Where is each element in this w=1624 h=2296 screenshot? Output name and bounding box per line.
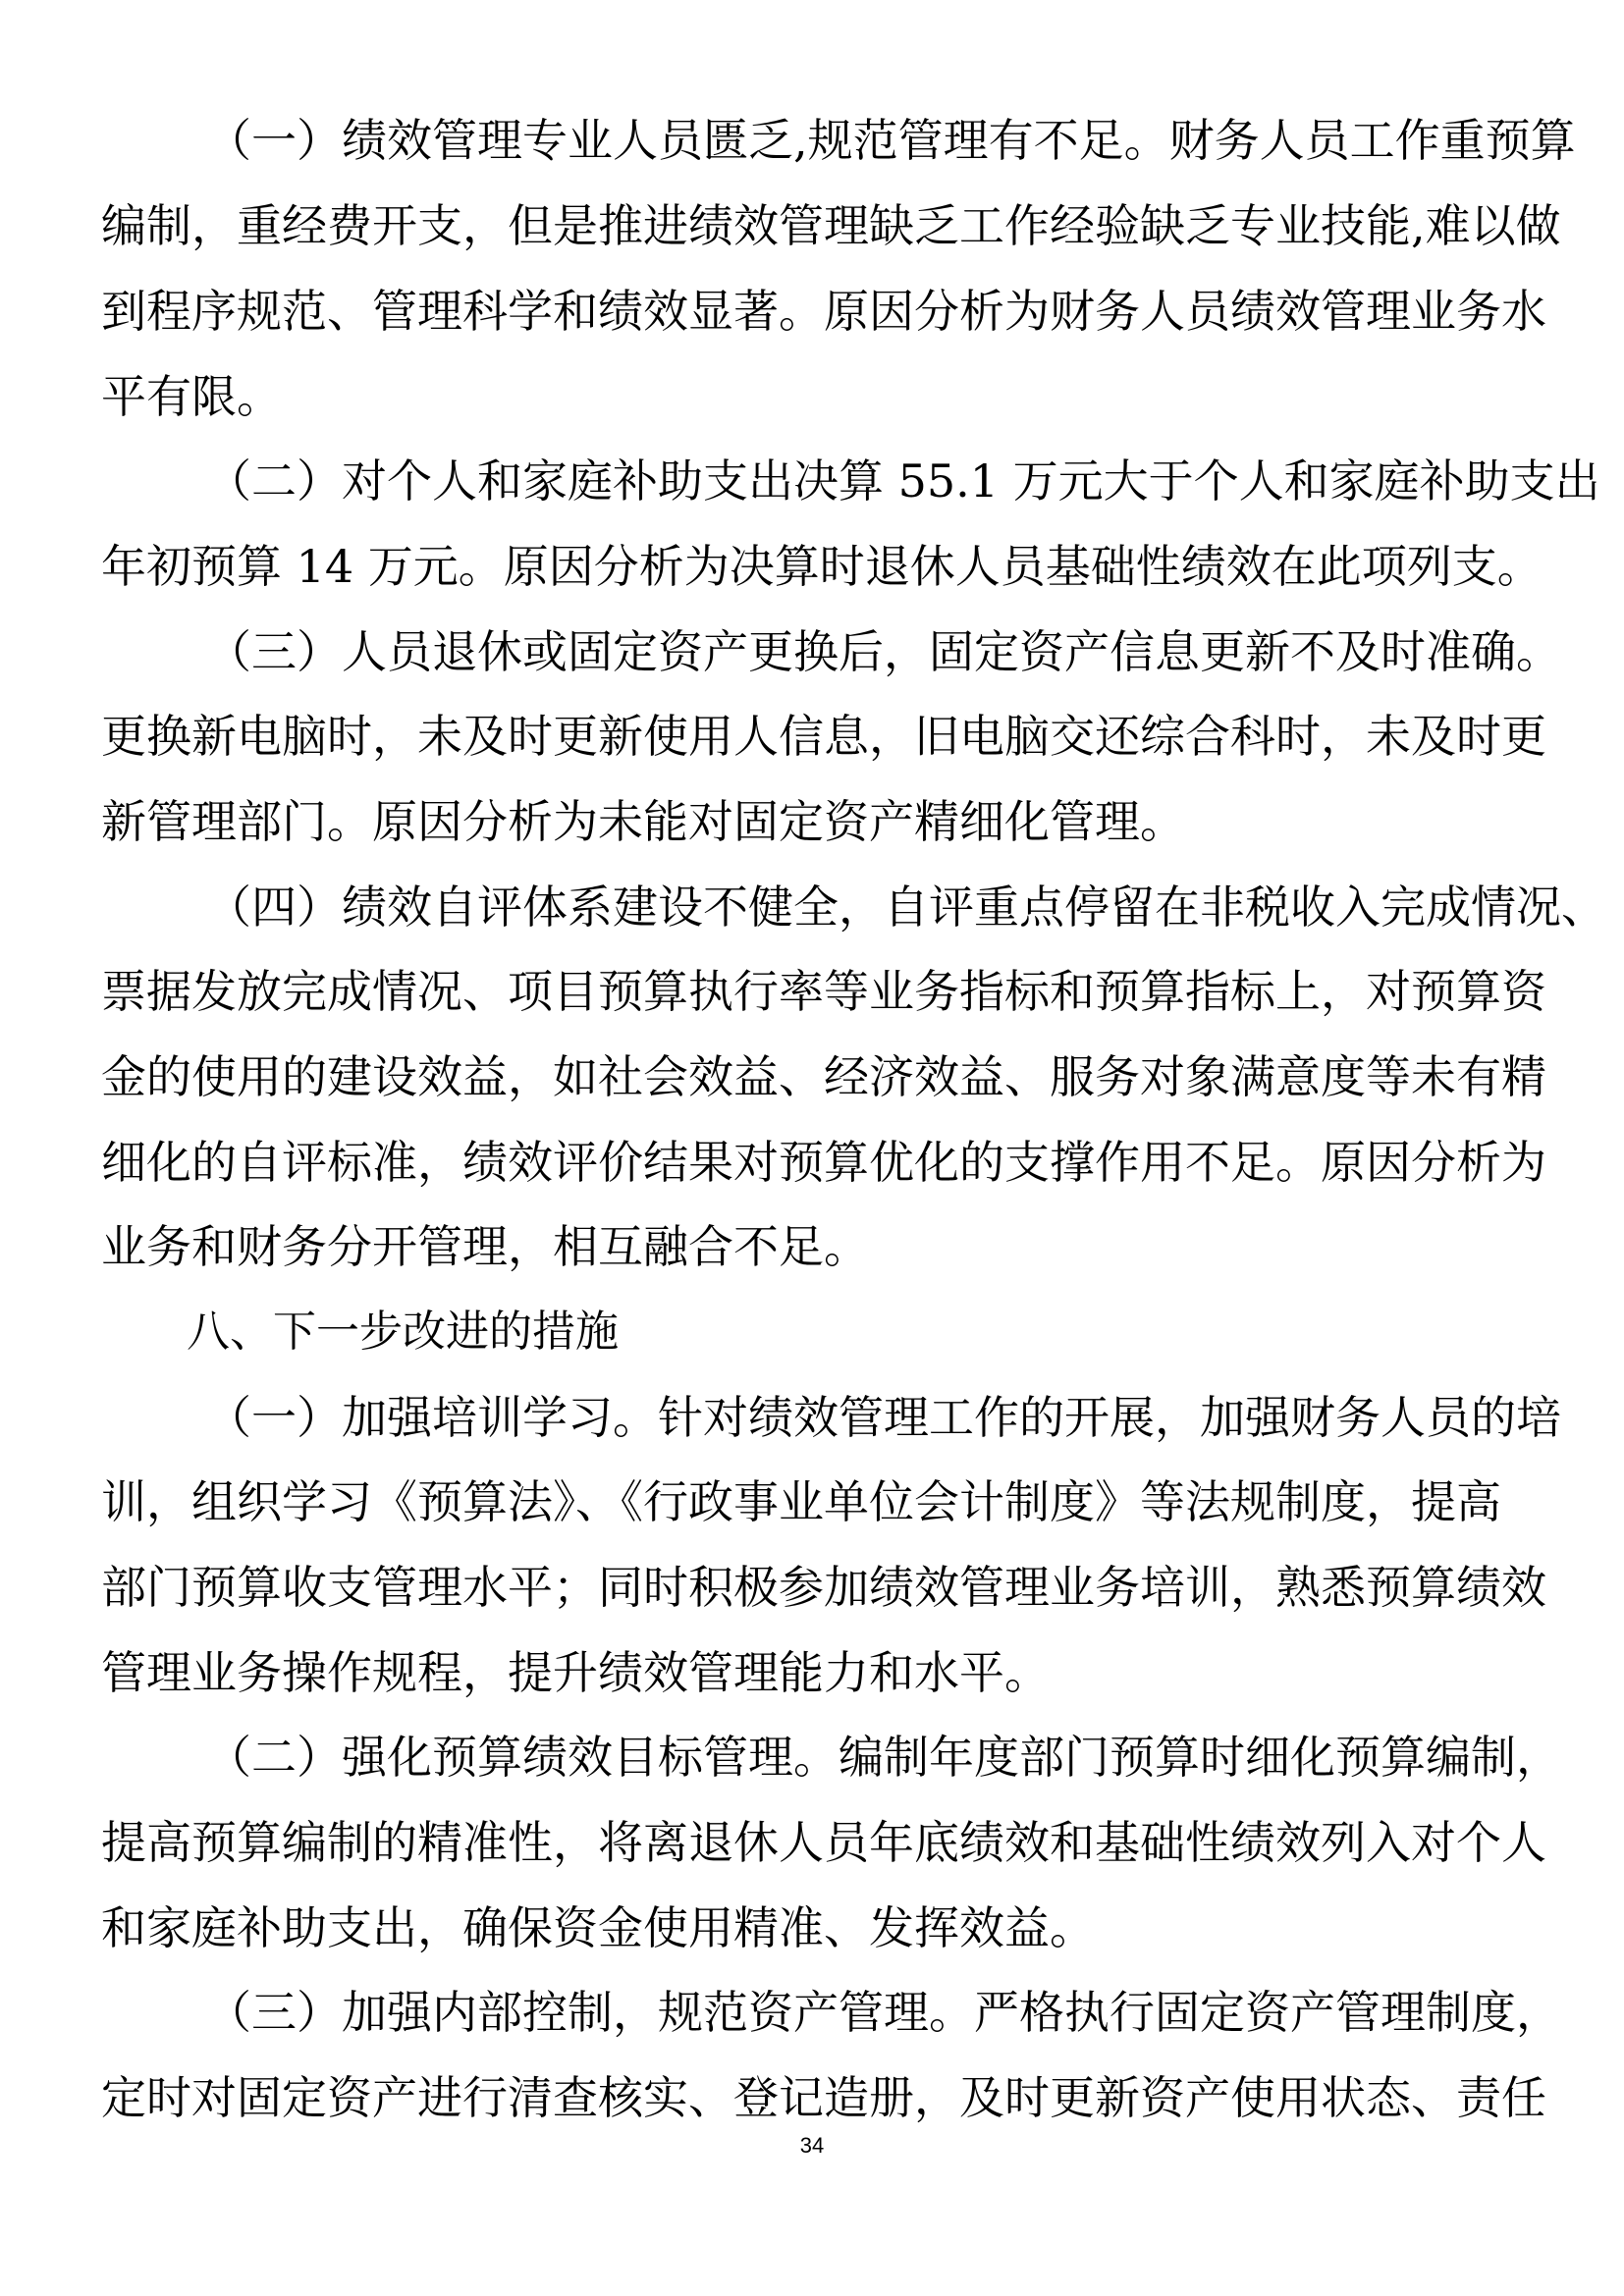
paragraph-3-line-2: 更换新电脑时，未及时更新使用人信息，旧电脑交还综合科时，未及时更 xyxy=(101,707,1497,766)
paragraph-4-line-1: （四）绩效自评体系建设不健全，自评重点停留在非税收入完成情况、 xyxy=(206,878,1497,936)
paragraph-2-line-1: （二）对个人和家庭补助支出决算 55.1 万元大于个人和家庭补助支出 xyxy=(206,452,1497,510)
paragraph-6-line-3: 和家庭补助支出，确保资金使用精准、发挥效益。 xyxy=(101,1898,1497,1957)
paragraph-7-line-1: （三）加强内部控制，规范资产管理。严格执行固定资产管理制度， xyxy=(206,1983,1497,2042)
paragraph-5-line-4: 管理业务操作规程，提升绩效管理能力和水平。 xyxy=(101,1643,1497,1702)
paragraph-6-line-1: （二）强化预算绩效目标管理。编制年度部门预算时细化预算编制， xyxy=(206,1728,1497,1787)
paragraph-1-line-3: 到程序规范、管理科学和绩效显著。原因分析为财务人员绩效管理业务水 xyxy=(101,282,1497,341)
paragraph-3-line-3: 新管理部门。原因分析为未能对固定资产精细化管理。 xyxy=(101,792,1497,851)
paragraph-7-line-2: 定时对固定资产进行清查核实、登记造册，及时更新资产使用状态、责任 xyxy=(101,2068,1497,2127)
paragraph-1-line-4: 平有限。 xyxy=(101,367,1497,426)
paragraph-2-line-2: 年初预算 14 万元。原因分析为决算时退休人员基础性绩效在此项列支。 xyxy=(101,537,1497,596)
paragraph-4-line-3: 金的使用的建设效益，如社会效益、经济效益、服务对象满意度等未有精 xyxy=(101,1047,1497,1106)
paragraph-4-line-5: 业务和财务分开管理，相互融合不足。 xyxy=(101,1217,1497,1276)
paragraph-6-line-2: 提高预算编制的精准性，将离退休人员年底绩效和基础性绩效列入对个人 xyxy=(101,1813,1497,1872)
paragraph-5-line-1: （一）加强培训学习。针对绩效管理工作的开展，加强财务人员的培 xyxy=(206,1388,1497,1447)
paragraph-5-line-2: 训，组织学习《预算法》、《行政事业单位会计制度》等法规制度，提高 xyxy=(101,1472,1497,1531)
paragraph-3-line-1: （三）人员退休或固定资产更换后，固定资产信息更新不及时准确。 xyxy=(206,622,1497,681)
paragraph-4-line-4: 细化的自评标准，绩效评价结果对预算优化的支撑作用不足。原因分析为 xyxy=(101,1133,1497,1192)
document-page: （一）绩效管理专业人员匮乏,规范管理有不足。财务人员工作重预算 编制，重经费开支… xyxy=(0,0,1624,2296)
paragraph-5-line-3: 部门预算收支管理水平；同时积极参加绩效管理业务培训，熟悉预算绩效 xyxy=(101,1558,1497,1617)
paragraph-1-line-2: 编制，重经费开支，但是推进绩效管理缺乏工作经验缺乏专业技能,难以做 xyxy=(101,196,1497,255)
section-heading: 八、下一步改进的措施 xyxy=(187,1303,619,1362)
paragraph-1-line-1: （一）绩效管理专业人员匮乏,规范管理有不足。财务人员工作重预算 xyxy=(206,111,1497,170)
paragraph-4-line-2: 票据发放完成情况、项目预算执行率等业务指标和预算指标上，对预算资 xyxy=(101,962,1497,1021)
page-number: 34 xyxy=(0,2134,1624,2158)
